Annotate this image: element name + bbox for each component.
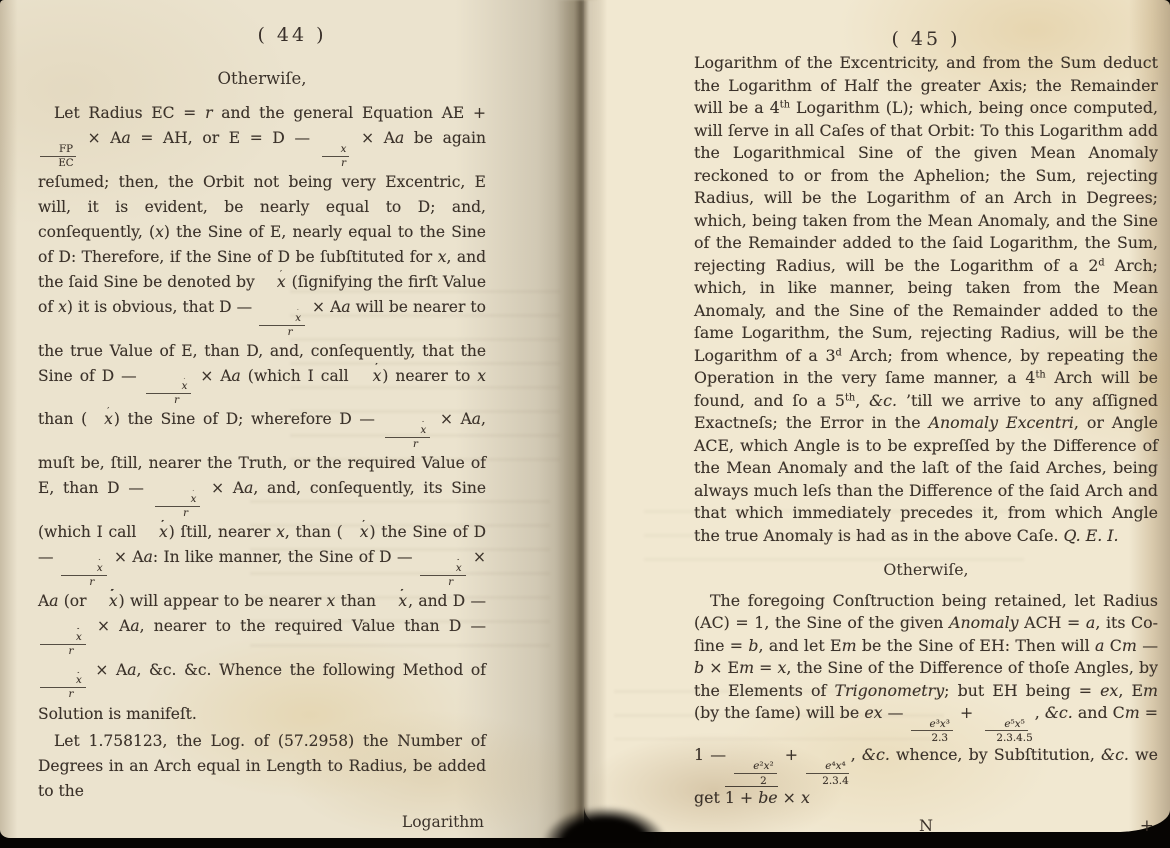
page-44-content: Otherwiſe,Let Radius EC = r and the gene…	[0, 46, 584, 835]
accented-x-variable: ′x	[88, 407, 113, 432]
inline-fraction: ′′′xr	[420, 563, 466, 589]
accented-x-variable: ′′′x	[440, 563, 462, 575]
inline-fraction: xr	[322, 144, 350, 170]
page-45: ( 45 ) Logarithm of the Excentricity, an…	[584, 0, 1170, 832]
section-heading: Otherwiſe,	[694, 559, 1158, 582]
page-footer: N+	[694, 815, 1158, 843]
accented-x-variable: ′′′x	[143, 520, 168, 545]
page-number: ( 45 )	[584, 0, 1170, 50]
page-number: ( 44 )	[0, 0, 584, 46]
accented-x-variable: ′′x	[344, 520, 369, 545]
inline-fraction: ′′′′xr	[40, 632, 86, 658]
inline-fraction: ′′′xr	[40, 675, 86, 701]
accented-x-variable: ′x	[279, 313, 301, 325]
inline-fraction: ′xr	[146, 381, 192, 407]
inline-fraction: ′xr	[259, 313, 305, 339]
accented-x-variable: ′′x	[357, 364, 382, 389]
paragraph: Let 1.758123, the Log. of (57.2958) the …	[38, 729, 486, 804]
accented-x-variable: ′′′′x	[60, 632, 82, 644]
page-45-content: Logarithm of the Excentricity, and from …	[584, 50, 1170, 843]
inline-fraction: e⁵x⁵2.3.4.5	[980, 718, 1032, 745]
page-44: ( 44 ) Otherwiſe,Let Radius EC = r and t…	[0, 0, 584, 838]
paragraph: Logarithm of the Excentricity, and from …	[694, 52, 1158, 547]
inline-fraction: e³x³2.3	[911, 718, 953, 745]
accented-x-variable: ′x	[175, 494, 197, 506]
catchword: Logarithm	[38, 810, 486, 835]
accented-x-variable: ′′′x	[382, 589, 407, 614]
inline-fraction: e²x²2	[734, 760, 776, 787]
paragraph: The foregoing Conſtruction being retaine…	[694, 590, 1158, 810]
section-heading: Otherwiſe,	[38, 66, 486, 91]
catchword: +	[1140, 815, 1154, 838]
accented-x-variable: ′x	[166, 381, 188, 393]
book-scan: ( 44 ) Otherwiſe,Let Radius EC = r and t…	[0, 0, 1170, 848]
overlined-expression: 1 + be	[725, 786, 778, 807]
paragraph: Let Radius EC = r and the general Equati…	[38, 101, 486, 727]
accented-x-variable: ′x	[261, 270, 286, 295]
accented-x-variable: ′′x	[405, 425, 427, 437]
signature-mark: N	[694, 815, 1158, 838]
inline-fraction: ′′xr	[385, 425, 431, 451]
inline-fraction: e⁴x⁴2.3.4	[806, 760, 848, 787]
accented-x-variable: ′′′′x	[93, 589, 118, 614]
accented-x-variable: ′′x	[81, 563, 103, 575]
accented-x-variable: ′′′x	[60, 675, 82, 687]
inline-fraction: FPEC	[40, 144, 76, 170]
